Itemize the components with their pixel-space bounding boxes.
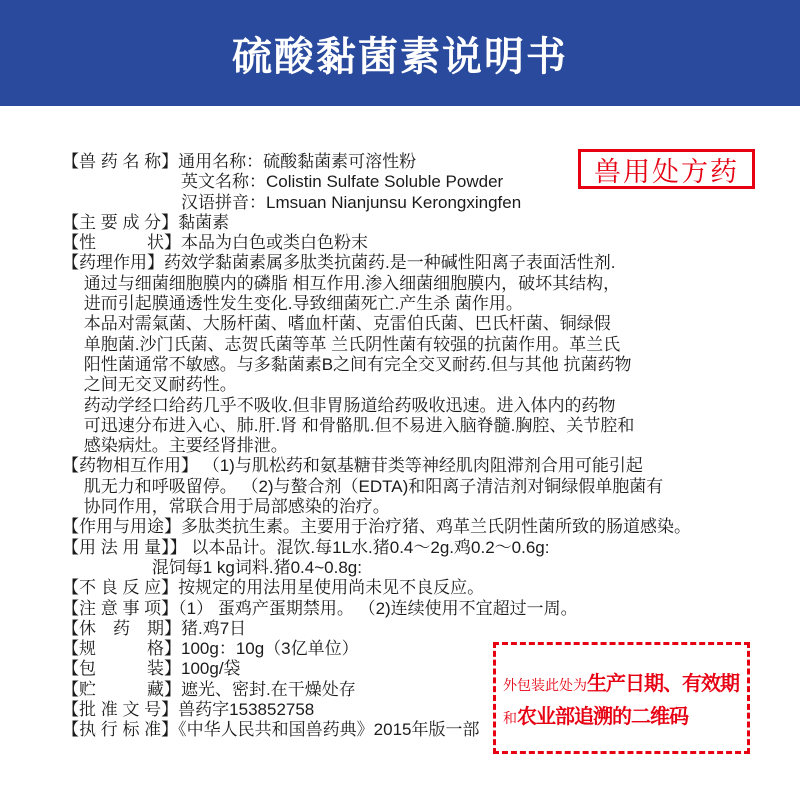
doc-line-precautions: 【注 意 事 项】（1） 蛋鸡产蛋期禁用。 （2)连续使用不宜超过一周。 (62, 599, 772, 619)
doc-line-pharmacokinetics-1: 药动学经口给药几乎不吸收.但非胃肠道给药吸收迅速。进入体内的药物 (62, 396, 772, 416)
note-line-1: 外包装此处为生产日期、有效期 (503, 669, 747, 702)
leaflet-page: 硫酸黏菌素说明书 兽用处方药 【兽 药 名 称】通用名称：硫酸黏菌素可溶性粉 英… (0, 0, 800, 800)
doc-line-pharmacology-4: 本品对需氣菌、大肠杆菌、嗜血杆菌、克雷伯氏菌、巴氏杆菌、铜绿假 (62, 314, 772, 334)
doc-line-dosage-2: 混饲每1 kg词料.猪0.4~0.8g: (62, 558, 772, 578)
doc-line-pinyin: 汉语拼音：Lmsuan Nianjunsu Kerongxingfen (62, 193, 772, 213)
doc-line-adverse-reactions: 【不 良 反 应】按规定的用法用星使用尚未见不良反应。 (62, 578, 772, 598)
doc-line-pharmacology-2: 通过与细菌细胞膜内的磷脂 相互作用.渗入细菌细胞膜内，破坏其结构， (62, 274, 772, 294)
doc-line-pharmacokinetics-2: 可迅速分布进入心、肺.肝.肾 和骨骼肌.但不易进入脑脊髓.胸腔、关节腔和 (62, 416, 772, 436)
page-title: 硫酸黏菌素说明书 (232, 25, 568, 82)
packaging-note-box: 外包装此处为生产日期、有效期 和农业部追溯的二维码 (493, 642, 750, 754)
note-line1-bold: 生产日期、有效期 (587, 673, 739, 695)
doc-line-pharmacology-7: 之间无交叉耐药性。 (62, 375, 772, 395)
doc-line-english-name: 英文名称：Colistin Sulfate Soluble Powder (62, 172, 772, 192)
doc-line-main-ingredient: 【主 要 成 分】黏菌素 (62, 213, 772, 233)
note-line2-bold: 农业部追溯的二维码 (517, 706, 688, 728)
doc-line-dosage-1: 【用 法 用 量】】 以本品计。混饮.每1L水.猪0.4～2g.鸡0.2～0.6… (62, 538, 772, 558)
note-line-2: 和农业部追溯的二维码 (503, 702, 747, 735)
doc-line-pharmacology-5: 单胞菌.沙门氏菌、志贺氏菌等革 兰氏阴性菌有较强的抗菌作用。革兰氏 (62, 335, 772, 355)
doc-line-interaction-3: 协同作用，常联合用于局部感染的治疗。 (62, 497, 772, 517)
doc-line-pharmacokinetics-3: 感染病灶。主要经肾排泄。 (62, 436, 772, 456)
note-line1-prefix: 外包装此处为 (503, 679, 587, 694)
doc-line-interaction-2: 肌无力和呼吸留停。 （2)与螯合剂（EDTA)和阳离子清洁剂对铜绿假单胞菌有 (62, 477, 772, 497)
doc-line-pharmacology-3: 进而引起膜通透性发生变化.导致细菌死亡.产生杀 菌作用。 (62, 294, 772, 314)
doc-line-pharmacology-6: 阳性菌通常不敏感。与多黏菌素B之间有完全交叉耐药.但与其他 抗菌药物 (62, 355, 772, 375)
doc-line-interaction-1: 【药物相互作用】 （1)与肌松药和氨基糖苷类等神经肌肉阻滞剂合用可能引起 (62, 456, 772, 476)
note-line2-prefix: 和 (503, 712, 517, 727)
header-band: 硫酸黏菌素说明书 (0, 0, 800, 106)
doc-line-pharmacology-1: 【药理作用】药效学黏菌素属多肽类抗菌药.是一种碱性阳离子表面活性剂. (62, 253, 772, 273)
doc-line-character: 【性 状】本品为白色或类白色粉末 (62, 233, 772, 253)
doc-line-withdrawal-period: 【休 药 期】猪.鸡7日 (62, 619, 772, 639)
doc-line-drug-name: 【兽 药 名 称】通用名称：硫酸黏菌素可溶性粉 (62, 152, 772, 172)
doc-line-indications: 【作用与用途】多肽类抗生素。主要用于治疗猪、鸡革兰氏阴性菌所致的肠道感染。 (62, 517, 772, 537)
